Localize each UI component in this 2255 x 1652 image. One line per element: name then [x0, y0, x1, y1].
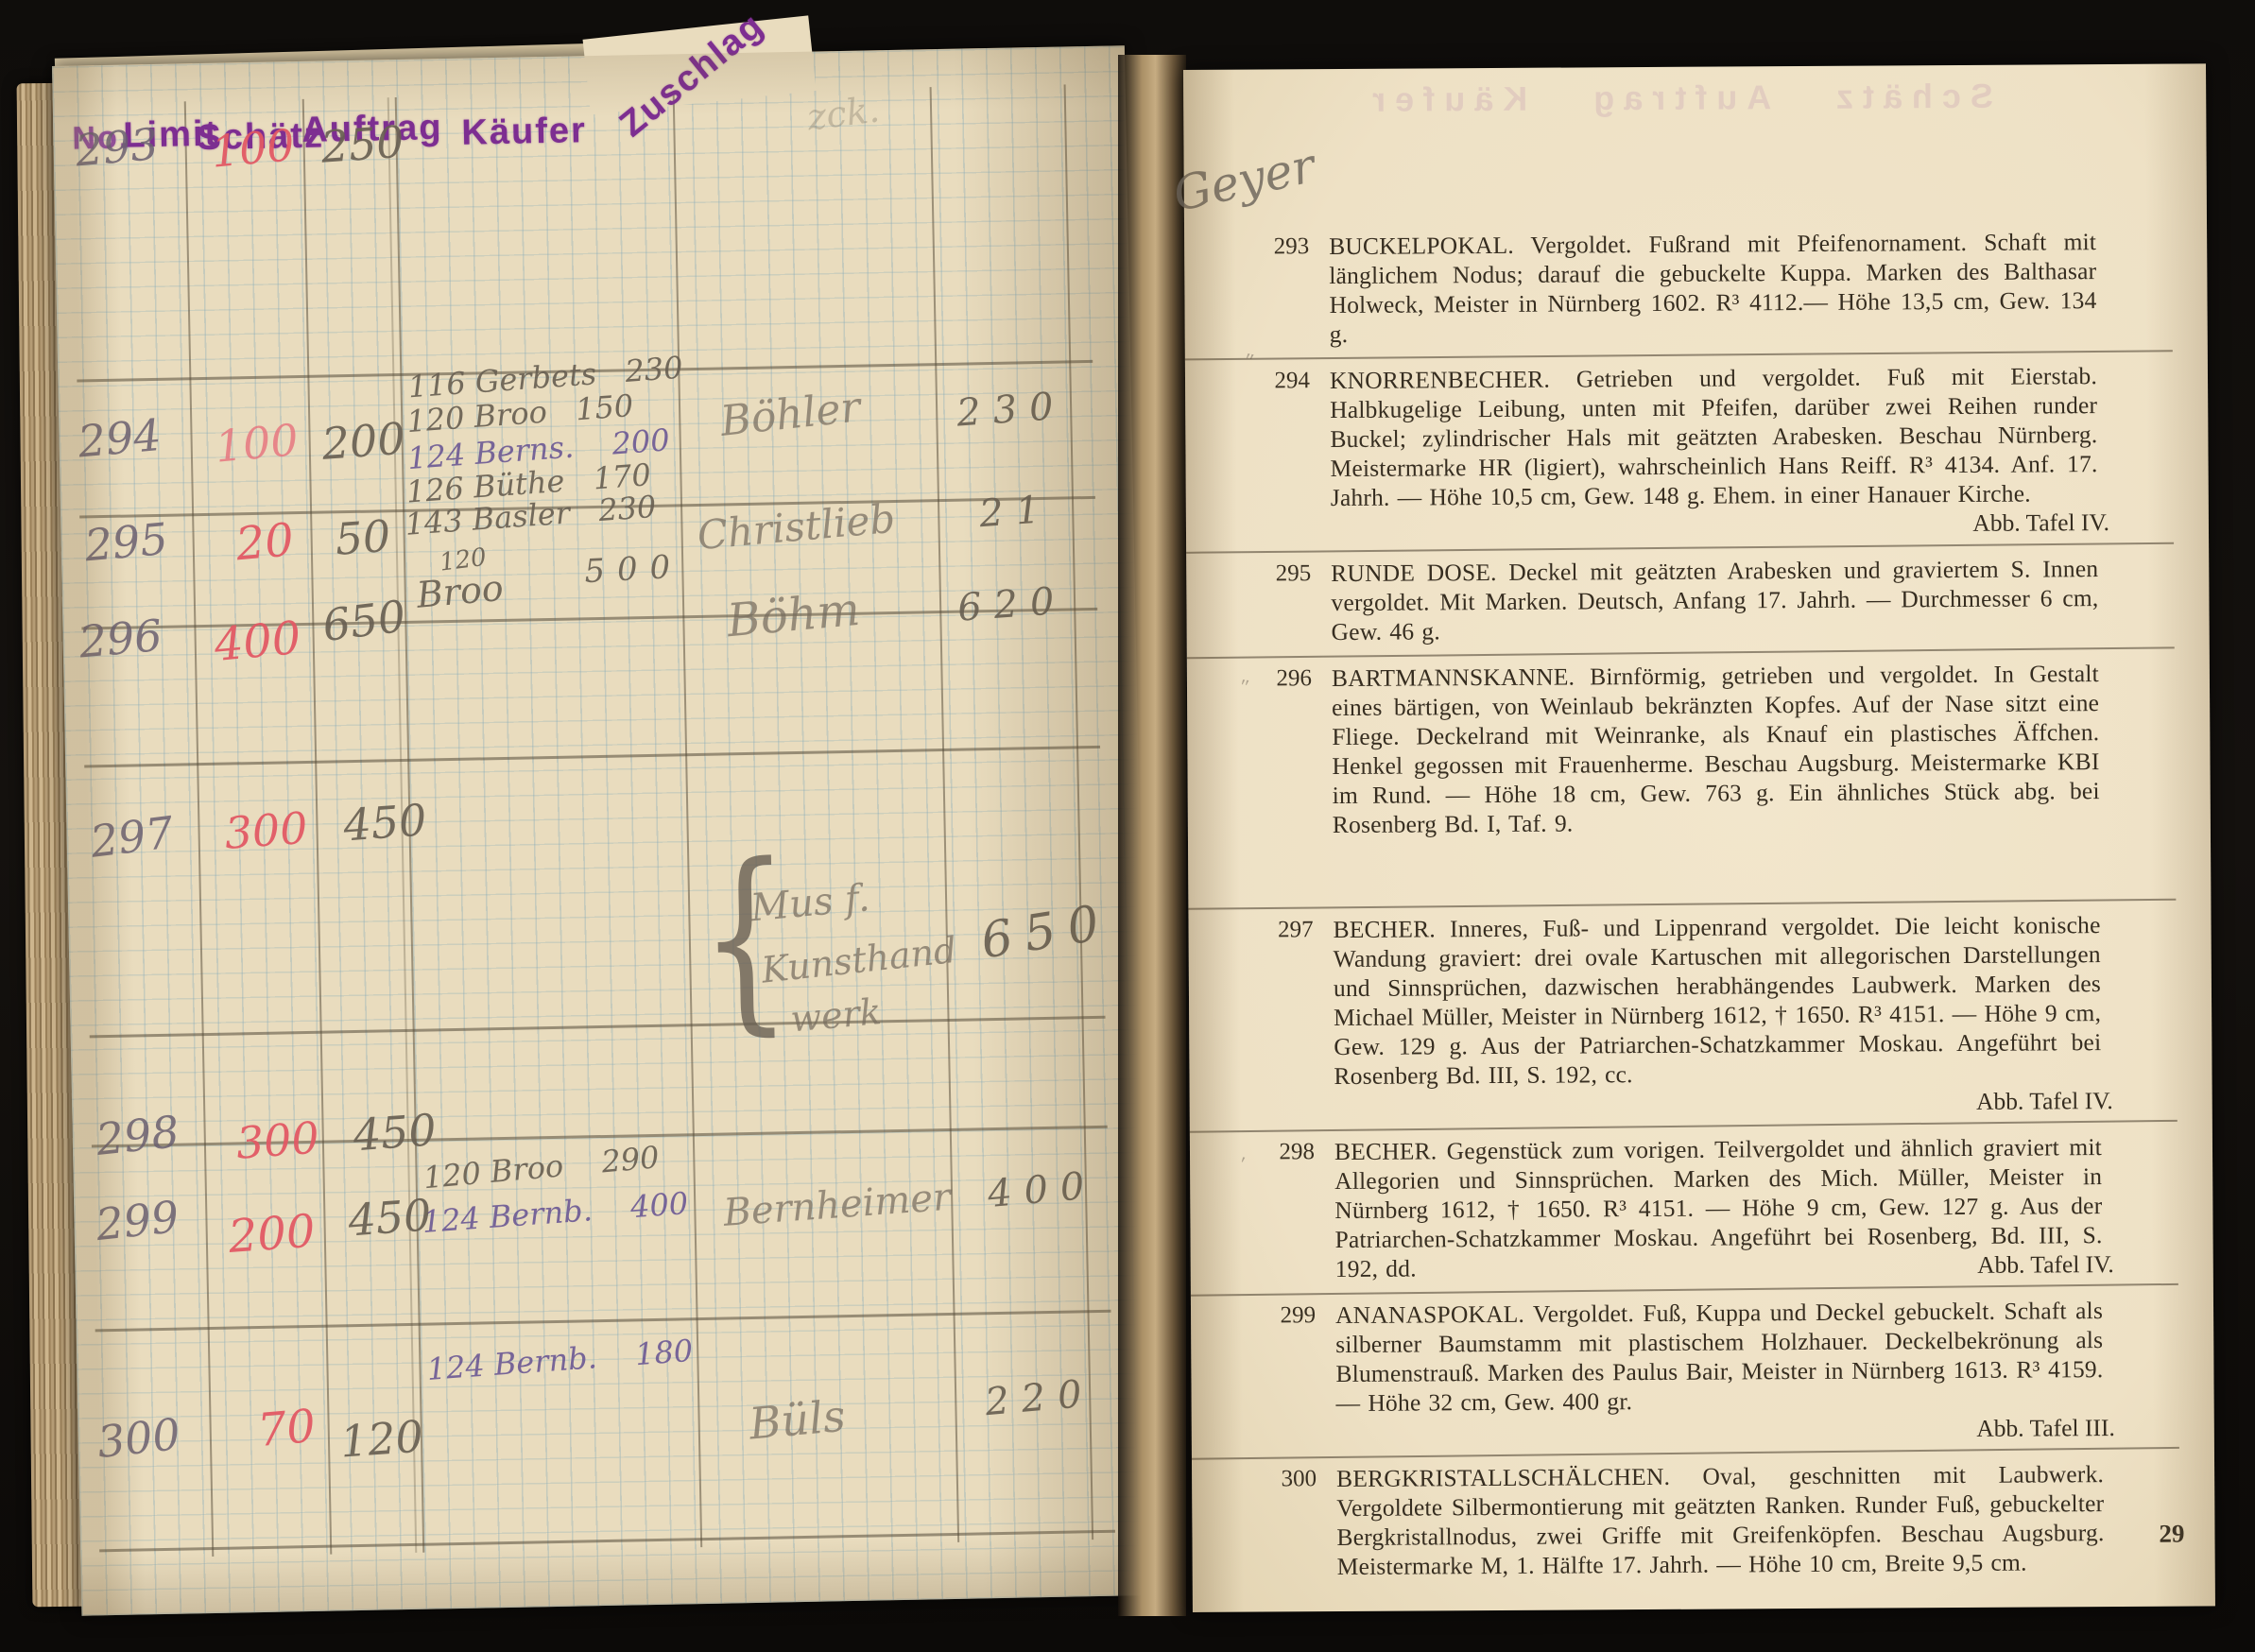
lot-number: 294 — [1251, 368, 1310, 394]
auction-book-photo: No. Limit Schätz Auftrag Käufer Zuschlag… — [0, 0, 2255, 1652]
ledger-limit-294: 100 — [213, 414, 300, 473]
ledger-auftrag-296-name: Broo — [415, 567, 505, 616]
ledger-kaeufer-294: Böhler — [718, 383, 863, 445]
ledger-kaeufer-296: Böhm — [725, 583, 862, 647]
ledger-kaeufer-293: zck. — [805, 88, 882, 138]
lot-number: 300 — [1258, 1466, 1317, 1492]
catalog-page: Schätz Auftrag Käufer Geyer ″ ″ ′ 293 BU… — [1183, 63, 2215, 1612]
ledger-schaetz-297: 450 — [342, 794, 428, 851]
ledger-limit-300: 70 — [255, 1400, 318, 1457]
ledger-kaeufer-297-line1: Mus f. — [749, 876, 871, 930]
entry-divider — [1192, 1447, 2179, 1459]
pencil-mark: ′ — [1237, 1151, 1246, 1176]
ledger-schaetz-299: 450 — [347, 1189, 433, 1246]
lot-number: 298 — [1256, 1139, 1315, 1165]
ledger-page: No. Limit Schätz Auftrag Käufer Zuschlag… — [52, 45, 1154, 1615]
row-divider — [84, 746, 1100, 767]
ledger-no-293: 293 — [73, 118, 160, 177]
ledger-zuschlag-294: 230 — [955, 385, 1067, 436]
ledger-no-300: 300 — [95, 1408, 182, 1468]
buyer-annotation: Geyer — [1168, 138, 1319, 222]
ledger-zuschlag-297-298: 650 — [977, 893, 1115, 970]
plate-reference: Abb. Tafel IV. — [1976, 1087, 2113, 1116]
ledger-schaetz-295: 50 — [334, 510, 392, 565]
plate-reference: Abb. Tafel IV. — [1977, 1250, 2114, 1280]
catalog-entry: 298 BECHER. Gegenstück zum vorigen. Teil… — [1256, 1132, 2103, 1283]
column-divider — [1064, 84, 1094, 1540]
ledger-zuschlag-300: 220 — [983, 1371, 1095, 1424]
page-number: 29 — [2118, 1520, 2184, 1549]
lot-number: 297 — [1254, 917, 1313, 943]
pencil-mark: ″ — [1237, 674, 1249, 699]
ledger-schaetz-300: 120 — [338, 1411, 424, 1468]
catalog-entry: 296 BARTMANNSKANNE. Birnförmig, getriebe… — [1253, 659, 2100, 898]
plate-reference: Abb. Tafel IV. — [1972, 508, 2109, 538]
catalog-entry: 295 RUNDE DOSE. Deckel mit geätzten Arab… — [1252, 554, 2099, 646]
lot-description: BARTMANNSKANNE. Birnförmig, getrieben un… — [1332, 659, 2100, 839]
ledger-limit-298: 300 — [234, 1112, 320, 1169]
lot-number: 293 — [1250, 233, 1309, 260]
ledger-schaetz-294: 200 — [320, 413, 406, 470]
ledger-schaetz-296: 650 — [319, 591, 408, 651]
column-divider — [673, 92, 703, 1547]
row-divider — [90, 1016, 1106, 1038]
ledger-no-298: 298 — [94, 1106, 181, 1165]
ledger-limit-295: 20 — [233, 513, 296, 571]
entry-divider — [1190, 1120, 2178, 1132]
ledger-kaeufer-300: Büls — [747, 1390, 847, 1450]
ledger-no-299: 299 — [94, 1191, 181, 1250]
ledger-no-295: 295 — [82, 513, 169, 572]
entry-divider — [1186, 542, 2174, 554]
catalog-entry: 300 BERGKRISTALLSCHÄLCHEN. Oval, geschni… — [1258, 1459, 2105, 1610]
entry-divider — [1188, 899, 2176, 910]
lot-description: BERGKRISTALLSCHÄLCHEN. Oval, geschnitten… — [1336, 1459, 2105, 1581]
catalog-entry: 294 KNORRENBECHER. Getrieben und vergold… — [1251, 361, 2098, 542]
lot-description: ANANASPOKAL. Vergoldet. Fuß, Kuppa und D… — [1335, 1296, 2104, 1418]
entry-divider — [1187, 646, 2175, 659]
ledger-no-294: 294 — [76, 409, 163, 468]
catalog-entry: 297 BECHER. Inneres, Fuß- und Lippenrand… — [1254, 910, 2101, 1120]
ledger-no-297: 297 — [88, 806, 177, 867]
plate-reference: Abb. Tafel III. — [1976, 1414, 2115, 1443]
ledger-zuschlag-296: 620 — [956, 579, 1068, 630]
ledger-schaetz-298: 450 — [352, 1104, 438, 1161]
entry-divider — [1185, 350, 2173, 360]
ledger-kaeufer-299: Bernheimer — [722, 1176, 953, 1235]
ledger-auftrag-296-amount: 500 — [583, 548, 683, 592]
header-kaeufer: Käufer — [461, 111, 587, 154]
lot-number: 299 — [1257, 1302, 1316, 1329]
ledger-no-296: 296 — [77, 610, 164, 668]
ledger-auftrag-299-1: 120 Broo 290 — [422, 1139, 661, 1196]
ledger-auftrag-300-1: 124 Bernb. 180 — [425, 1333, 694, 1387]
lot-number: 295 — [1252, 560, 1311, 587]
ledger-limit-299: 200 — [227, 1205, 317, 1264]
row-divider — [99, 1530, 1115, 1552]
catalog-entry: 299 ANANASPOKAL. Vergoldet. Fuß, Kuppa u… — [1257, 1296, 2104, 1447]
column-divider — [184, 101, 215, 1557]
ledger-zuschlag-299: 400 — [986, 1163, 1098, 1216]
ledger-auftrag-299-2: 124 Bernb. 400 — [421, 1185, 689, 1240]
ink-bleedthrough: Schätz Auftrag Käufer — [1363, 77, 1993, 120]
lot-description: RUNDE DOSE. Deckel mit geätzten Arabeske… — [1331, 554, 2099, 646]
ledger-limit-293: 100 — [209, 119, 296, 178]
entry-divider — [1191, 1283, 2178, 1296]
lot-description: BUCKELPOKAL. Vergoldet. Fußrand mit Pfei… — [1329, 227, 2097, 349]
catalog-entry: 293 BUCKELPOKAL. Vergoldet. Fußrand mit … — [1250, 227, 2097, 349]
lot-number: 296 — [1253, 665, 1312, 692]
row-divider — [95, 1310, 1111, 1332]
ledger-schaetz-293: 250 — [319, 116, 405, 173]
ledger-kaeufer-297-line3: werk — [789, 990, 884, 1040]
ledger-limit-297: 300 — [223, 802, 309, 859]
ledger-limit-296: 400 — [212, 611, 302, 672]
column-divider — [930, 87, 960, 1542]
lot-description: BECHER. Inneres, Fuß- und Lippenrand ver… — [1333, 910, 2101, 1091]
ledger-zuschlag-295: 21 — [978, 488, 1054, 536]
book-gutter — [1118, 55, 1186, 1616]
lot-description: KNORRENBECHER. Getrieben und vergoldet. … — [1330, 361, 2098, 512]
buyer-brace: { — [698, 822, 793, 1054]
